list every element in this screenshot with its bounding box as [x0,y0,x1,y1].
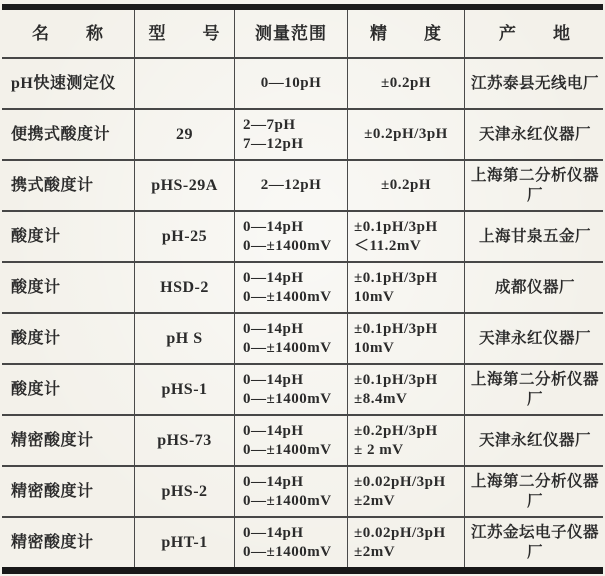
precision-line: ±0.1pH/3pH [354,320,464,339]
range-cell: 0—14pH0—±1400mV [234,212,347,261]
precision-cell: ±0.1pH/3pH10mV [347,263,464,312]
origin-cell: 上海甘泉五金厂 [464,212,605,261]
origin-cell: 上海第二分析仪器厂 [464,365,605,414]
header-precision-label: 精 度 [370,23,442,44]
range-line: 0—14pH [243,269,347,288]
range-line: 0—±1400mV [243,390,347,409]
table-row: 便携式酸度计292—7pH7—12pH±0.2pH/3pH天津永红仪器厂 [2,108,603,159]
table-body: pH快速测定仪0—10pH±0.2pH江苏泰县无线电厂便携式酸度计292—7pH… [2,57,603,567]
product-name-cell: 便携式酸度计 [2,110,134,159]
origin-cell: 江苏泰县无线电厂 [464,59,605,108]
range-line: 0—14pH [243,473,347,492]
table-row: 酸度计HSD-20—14pH0—±1400mV±0.1pH/3pH10mV成都仪… [2,261,603,312]
precision-line: ±0.1pH/3pH [354,371,464,390]
precision-cell: ±0.02pH/3pH±2mV [347,518,464,567]
model-cell: pHT-1 [134,518,234,567]
table-row: 精密酸度计pHS-730—14pH0—±1400mV±0.2pH/3pH± 2 … [2,414,603,465]
product-name-cell: 精密酸度计 [2,416,134,465]
table-row: pH快速测定仪0—10pH±0.2pH江苏泰县无线电厂 [2,57,603,108]
precision-line: ±8.4mV [354,390,464,409]
precision-line: ＜11.2mV [354,237,464,256]
origin-cell: 天津永红仪器厂 [464,314,605,363]
origin-cell: 上海第二分析仪器厂 [464,467,605,516]
table-row: 精密酸度计pHT-10—14pH0—±1400mV±0.02pH/3pH±2mV… [2,516,603,567]
header-model-label: 型 号 [149,23,221,44]
header-model: 型 号 [134,10,234,57]
range-line: 0—14pH [243,524,347,543]
table-row: 酸度计pH-250—14pH0—±1400mV±0.1pH/3pH＜11.2mV… [2,210,603,261]
precision-line: 10mV [354,288,464,307]
range-line: 2—12pH [243,176,347,195]
range-line: 0—14pH [243,320,347,339]
precision-cell: ±0.1pH/3pH10mV [347,314,464,363]
precision-cell: ±0.1pH/3pH±8.4mV [347,365,464,414]
range-line: 0—±1400mV [243,492,347,511]
range-line: 0—±1400mV [243,543,347,562]
header-range-label: 测量范围 [255,23,327,44]
precision-line: ±0.2pH [354,176,464,195]
precision-line: 10mV [354,339,464,358]
ph-meter-table: 名 称 型 号 测量范围 精 度 产 地 pH快速测定仪0—10pH±0.2pH… [2,4,603,574]
precision-line: ±0.02pH/3pH [354,524,464,543]
model-cell: pHS-73 [134,416,234,465]
range-line: 7—12pH [243,135,347,154]
table-header: 名 称 型 号 测量范围 精 度 产 地 [2,10,603,57]
range-cell: 0—14pH0—±1400mV [234,365,347,414]
precision-line: ±2mV [354,492,464,511]
origin-cell: 成都仪器厂 [464,263,605,312]
range-line: 0—10pH [243,74,347,93]
precision-cell: ±0.02pH/3pH±2mV [347,467,464,516]
range-cell: 0—14pH0—±1400mV [234,263,347,312]
origin-cell: 天津永红仪器厂 [464,110,605,159]
product-name-cell: 酸度计 [2,212,134,261]
precision-line: ± 2 mV [354,441,464,460]
precision-cell: ±0.2pH [347,161,464,210]
header-range: 测量范围 [234,10,347,57]
range-line: 0—±1400mV [243,441,347,460]
header-origin: 产 地 [464,10,605,57]
range-line: 0—±1400mV [243,288,347,307]
product-name-cell: 精密酸度计 [2,467,134,516]
range-line: 0—14pH [243,371,347,390]
precision-line: ±0.02pH/3pH [354,473,464,492]
model-cell: pHS-29A [134,161,234,210]
table-row: 酸度计pH S0—14pH0—±1400mV±0.1pH/3pH10mV天津永红… [2,312,603,363]
product-name-cell: 酸度计 [2,365,134,414]
range-cell: 2—7pH7—12pH [234,110,347,159]
range-cell: 2—12pH [234,161,347,210]
precision-line: ±0.1pH/3pH [354,218,464,237]
header-name-label: 名 称 [32,23,104,44]
origin-cell: 上海第二分析仪器厂 [464,161,605,210]
precision-line: ±0.2pH/3pH [354,125,464,144]
model-cell: pHS-1 [134,365,234,414]
precision-line: ±2mV [354,543,464,562]
range-cell: 0—14pH0—±1400mV [234,518,347,567]
model-cell: HSD-2 [134,263,234,312]
range-cell: 0—14pH0—±1400mV [234,467,347,516]
product-name-cell: pH快速测定仪 [2,59,134,108]
precision-cell: ±0.2pH/3pH± 2 mV [347,416,464,465]
model-cell: pH-25 [134,212,234,261]
model-cell: pH S [134,314,234,363]
table-row: 精密酸度计pHS-20—14pH0—±1400mV±0.02pH/3pH±2mV… [2,465,603,516]
product-name-cell: 酸度计 [2,263,134,312]
range-cell: 0—10pH [234,59,347,108]
model-cell [134,59,234,108]
range-line: 0—±1400mV [243,339,347,358]
range-line: 0—14pH [243,218,347,237]
range-line: 0—±1400mV [243,237,347,256]
product-name-cell: 携式酸度计 [2,161,134,210]
range-line: 2—7pH [243,116,347,135]
precision-line: ±0.2pH [354,74,464,93]
table-row: 酸度计pHS-10—14pH0—±1400mV±0.1pH/3pH±8.4mV上… [2,363,603,414]
model-cell: 29 [134,110,234,159]
scanned-page: 名 称 型 号 测量范围 精 度 产 地 pH快速测定仪0—10pH±0.2pH… [0,0,605,576]
header-name: 名 称 [2,10,134,57]
precision-cell: ±0.1pH/3pH＜11.2mV [347,212,464,261]
product-name-cell: 精密酸度计 [2,518,134,567]
precision-cell: ±0.2pH [347,59,464,108]
range-cell: 0—14pH0—±1400mV [234,416,347,465]
range-cell: 0—14pH0—±1400mV [234,314,347,363]
model-cell: pHS-2 [134,467,234,516]
precision-line: ±0.1pH/3pH [354,269,464,288]
product-name-cell: 酸度计 [2,314,134,363]
range-line: 0—14pH [243,422,347,441]
precision-cell: ±0.2pH/3pH [347,110,464,159]
header-origin-label: 产 地 [499,23,571,44]
table-row: 携式酸度计pHS-29A2—12pH±0.2pH上海第二分析仪器厂 [2,159,603,210]
origin-cell: 江苏金坛电子仪器厂 [464,518,605,567]
header-precision: 精 度 [347,10,464,57]
origin-cell: 天津永红仪器厂 [464,416,605,465]
precision-line: ±0.2pH/3pH [354,422,464,441]
